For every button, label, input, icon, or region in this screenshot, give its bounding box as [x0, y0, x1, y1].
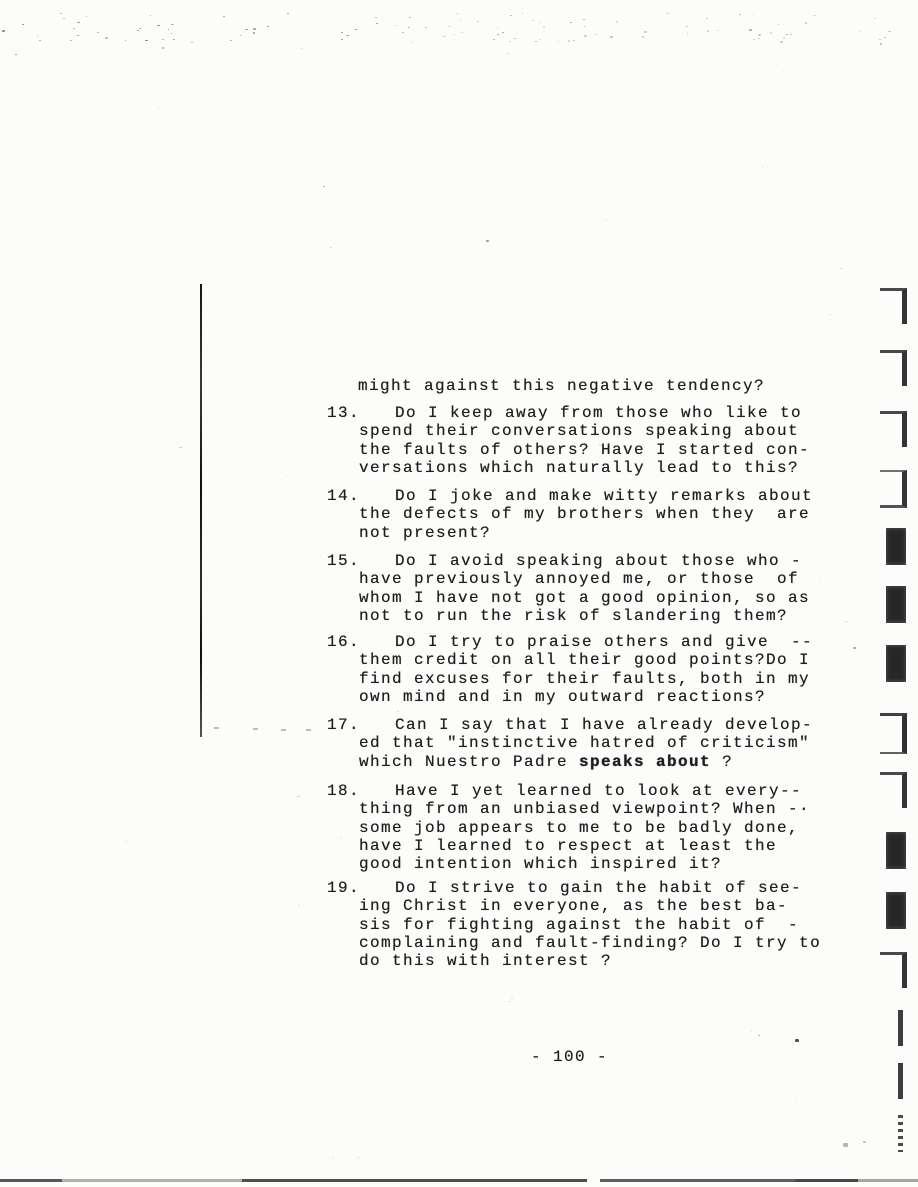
noise-speck [97, 32, 99, 33]
noise-speck [402, 32, 404, 33]
list-item: 16.Do I try to praise others and give --… [359, 633, 813, 706]
noise-speck [706, 18, 708, 19]
noise-speck [443, 36, 445, 37]
noise-speck [758, 38, 759, 39]
noise-speck [666, 13, 669, 15]
noise-speck [514, 38, 516, 39]
noise-speck [460, 19, 462, 20]
noise-speck [753, 14, 754, 15]
noise-speck [848, 26, 849, 27]
noise-speck [889, 31, 891, 32]
noise-speck [412, 42, 413, 43]
noise-speck [717, 30, 719, 31]
bottom-edge-line [62, 1179, 242, 1182]
noise-speck [780, 41, 783, 43]
noise-speck [570, 22, 572, 23]
noise-speck [39, 40, 41, 41]
text-line: Have I yet learned to look at every-- [359, 782, 810, 800]
noise-speck [22, 24, 24, 25]
noise-speck [884, 37, 886, 38]
text-line: Do I try to praise others and give -- [359, 633, 813, 651]
text-line: not present? [359, 524, 813, 542]
noise-speck [425, 27, 427, 28]
binding-mark [886, 892, 906, 929]
noise-speck [332, 1157, 334, 1158]
faint-dash-artifact [281, 729, 286, 731]
noise-speck [790, 324, 791, 325]
vertical-rule [200, 284, 202, 737]
noise-speck [341, 32, 343, 33]
noise-speck [820, 578, 821, 579]
noise-speck [595, 34, 598, 36]
noise-speck [376, 23, 379, 25]
noise-speck [287, 13, 288, 14]
noise-speck [522, 13, 523, 14]
text-line: ed that "instinctive hatred of criticism… [359, 734, 813, 752]
text-line: Do I strive to gain the habit of see- [359, 879, 821, 897]
text-line: Do I avoid speaking about those who - [359, 552, 810, 570]
noise-speck [604, 36, 606, 37]
text-line: them credit on all their good points?Do … [359, 651, 813, 669]
noise-speck [2, 30, 5, 32]
binding-mark [898, 1010, 903, 1046]
item-number: 13. [327, 404, 360, 422]
noise-speck [179, 447, 181, 448]
bottom-edge-line [795, 1179, 918, 1182]
text-line: whom I have not got a good opinion, so a… [359, 589, 810, 607]
text-line: sis for fighting against the habit of - [359, 916, 821, 934]
noise-speck [137, 30, 138, 31]
noise-speck [230, 40, 232, 41]
noise-speck [320, 556, 321, 557]
text-line: some job appears to me to be badly done, [359, 819, 810, 837]
text-line: own mind and in my outward reactions? [359, 688, 813, 706]
noise-speck [323, 186, 325, 187]
noise-speck [157, 25, 159, 26]
faint-dash-artifact [306, 729, 311, 731]
item-number: 17. [327, 716, 360, 734]
item-number: 16. [327, 633, 360, 651]
noise-speck [530, 890, 532, 891]
item-number: 15. [327, 552, 360, 570]
binding-mark [886, 586, 906, 623]
noise-speck [63, 18, 65, 19]
noise-speck [795, 1039, 799, 1042]
noise-speck [46, 238, 47, 239]
noise-speck [605, 219, 607, 220]
noise-speck [150, 15, 151, 16]
noise-speck [770, 32, 773, 34]
list-item: 19.Do I strive to gain the habit of see-… [359, 879, 821, 970]
noise-speck [863, 1141, 866, 1143]
list-item: 13.Do I keep away from those who like to… [359, 404, 810, 477]
bottom-edge-line [0, 1179, 62, 1182]
noise-speck [37, 36, 39, 37]
noise-speck [666, 70, 667, 71]
item-number: 19. [327, 879, 360, 897]
text-line: ing Christ in everyone, as the best ba- [359, 897, 821, 915]
noise-speck [509, 41, 511, 42]
list-item: 17.Can I say that I have already develop… [359, 716, 813, 771]
noise-speck [568, 40, 570, 41]
text-line: have I learned to respect at least the [359, 837, 810, 855]
noise-speck [253, 28, 256, 30]
noise-speck [173, 39, 175, 40]
noise-speck [497, 27, 499, 28]
noise-speck [77, 35, 79, 36]
noise-speck [758, 34, 761, 36]
list-item: 14.Do I joke and make witty remarks abou… [359, 487, 813, 542]
noise-speck [751, 1031, 752, 1032]
page-number: - 100 - [531, 1048, 608, 1066]
noise-speck [510, 15, 512, 16]
noise-speck [286, 475, 287, 476]
noise-speck [584, 35, 587, 37]
noise-speck [584, 26, 585, 27]
noise-speck [139, 28, 141, 29]
noise-speck [247, 747, 248, 748]
text-line: have previously annoyed me, or those of [359, 570, 810, 588]
noise-speck [162, 39, 164, 40]
binding-mark [886, 645, 906, 682]
text-line: do this with interest ? [359, 952, 821, 970]
bottom-edge-line [242, 1179, 587, 1182]
noise-speck [853, 647, 856, 649]
noise-speck [409, 17, 411, 18]
noise-speck [829, 314, 831, 315]
binding-mark [880, 952, 907, 988]
noise-speck [298, 905, 300, 906]
faint-dash-artifact [253, 728, 258, 730]
noise-speck [583, 19, 585, 20]
text-line: which Nuestro Padre speaks about ? [359, 753, 813, 771]
noise-speck [70, 40, 72, 41]
noise-speck [301, 48, 302, 49]
noise-speck [15, 54, 17, 55]
noise-speck [502, 32, 504, 33]
noise-speck [535, 41, 537, 42]
noise-speck [375, 17, 377, 18]
noise-speck [357, 1157, 358, 1158]
text-line: thing from an unbiased viewpoint? When -… [359, 800, 810, 818]
noise-speck [749, 29, 752, 31]
noise-speck [790, 34, 793, 36]
noise-speck [158, 108, 160, 109]
text-line: spend their conversations speaking about [359, 422, 810, 440]
noise-speck [125, 841, 127, 842]
noise-speck [171, 24, 174, 26]
noise-speck [448, 26, 450, 27]
noise-speck [573, 40, 574, 41]
noise-speck [408, 27, 410, 28]
list-item: 15.Do I avoid speaking about those who -… [359, 552, 810, 625]
noise-speck [507, 53, 509, 54]
binding-mark [886, 832, 906, 869]
noise-speck [60, 13, 61, 14]
noise-speck [511, 998, 513, 999]
binding-mark [898, 1063, 903, 1099]
noise-speck [335, 426, 336, 427]
binding-mark [880, 411, 907, 447]
noise-speck [355, 970, 356, 971]
noise-speck [454, 34, 455, 35]
noise-speck [346, 35, 348, 36]
noise-speck [753, 39, 755, 40]
noise-speck [240, 35, 242, 36]
binding-mark [880, 713, 907, 754]
binding-mark [880, 288, 907, 324]
noise-speck [687, 33, 688, 34]
noise-speck [845, 621, 847, 622]
noise-speck [762, 166, 763, 167]
noise-speck [879, 39, 880, 40]
noise-speck [340, 837, 342, 838]
noise-speck [497, 34, 499, 35]
noise-speck [162, 47, 164, 48]
noise-speck [642, 36, 645, 38]
noise-speck [492, 666, 494, 667]
item-number: 18. [327, 782, 360, 800]
binding-mark [880, 470, 907, 508]
noise-speck [330, 247, 332, 248]
noise-speck [86, 16, 87, 17]
noise-speck [223, 16, 225, 17]
noise-speck [758, 1035, 760, 1036]
noise-speck [880, 43, 883, 45]
noise-speck [357, 259, 358, 260]
noise-speck [813, 15, 815, 16]
text-line: complaining and fault-finding? Do I try … [359, 934, 821, 952]
noise-speck [509, 1001, 511, 1002]
noise-speck [783, 37, 786, 39]
noise-speck [267, 26, 269, 27]
noise-speck [638, 17, 639, 18]
noise-speck [125, 40, 126, 41]
noise-speck [73, 28, 75, 29]
noise-speck [644, 31, 646, 32]
binding-mark [880, 350, 907, 386]
noise-speck [168, 29, 169, 30]
noise-speck [493, 39, 495, 40]
noise-speck [486, 240, 489, 242]
noise-speck [59, 882, 61, 883]
noise-speck [341, 39, 342, 40]
noise-speck [795, 1098, 797, 1099]
noise-speck [805, 22, 807, 23]
noise-speck [543, 26, 545, 27]
noise-speck [874, 18, 876, 19]
noise-speck [171, 33, 172, 34]
noise-speck [77, 22, 79, 23]
noise-speck [539, 39, 541, 40]
scanned-page: might against this negative tendency? 13… [0, 0, 918, 1187]
noise-speck [477, 21, 480, 23]
list-item: 18.Have I yet learned to look at every--… [359, 782, 810, 873]
text-line: not to run the risk of slandering them? [359, 607, 810, 625]
item-number: 14. [327, 487, 360, 505]
noise-speck [778, 24, 780, 25]
text-line: the defects of my brothers when they are [359, 505, 813, 523]
noise-speck [843, 1143, 848, 1147]
noise-speck [297, 796, 299, 797]
noise-speck [355, 29, 357, 30]
binding-mark [886, 528, 906, 565]
noise-speck [461, 32, 463, 33]
noise-speck [739, 14, 740, 15]
text-line: Do I joke and make witty remarks about [359, 487, 813, 505]
noise-speck [145, 40, 148, 42]
noise-speck [457, 13, 458, 14]
noise-speck [397, 711, 399, 712]
noise-speck [534, 580, 536, 581]
text-line: good intention which inspired it? [359, 855, 810, 873]
noise-speck [786, 34, 788, 35]
noise-speck [840, 268, 842, 269]
noise-speck [558, 41, 559, 42]
noise-speck [191, 42, 193, 43]
text-line: Do I keep away from those who like to [359, 404, 810, 422]
text-line: might against this negative tendency? [358, 377, 765, 395]
noise-speck [860, 31, 861, 32]
noise-speck [446, 495, 447, 496]
text-line: the faults of others? Have I started con… [359, 441, 810, 459]
text-line: versations which naturally lead to this? [359, 459, 810, 477]
noise-speck [539, 22, 541, 23]
text-line: Can I say that I have already develop- [359, 716, 813, 734]
noise-speck [457, 806, 459, 807]
noise-speck [610, 36, 612, 37]
binding-mark [880, 772, 907, 808]
noise-speck [253, 32, 255, 33]
noise-speck [245, 29, 248, 31]
noise-speck [616, 21, 618, 22]
noise-speck [783, 70, 784, 71]
noise-speck [532, 20, 534, 21]
noise-speck [105, 37, 108, 39]
binding-mark [898, 1115, 903, 1152]
text-line: find excuses for their faults, both in m… [359, 670, 813, 688]
faint-dash-artifact [214, 727, 219, 729]
noise-speck [707, 30, 709, 31]
noise-speck [464, 640, 466, 641]
noise-speck [686, 26, 687, 27]
noise-speck [395, 25, 397, 26]
